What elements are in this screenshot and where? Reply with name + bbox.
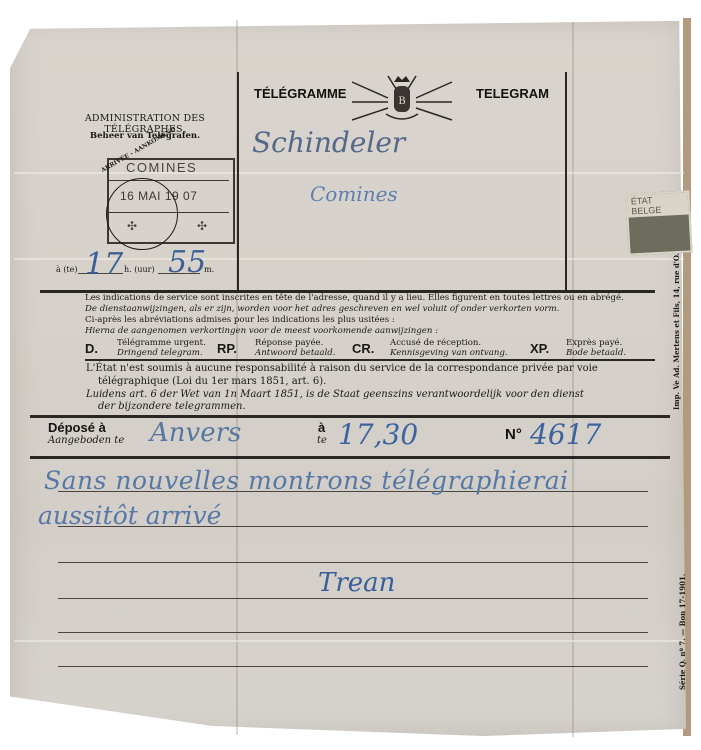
arrival-h-label: h. (uur) [124,265,155,274]
abbrev-d: D. Télégramme urgent. Dringend telegram. [85,338,98,357]
header-divider-right [565,72,567,290]
abbrev-nl: Bode betaald. [566,348,626,359]
deposit-label-fr: Déposé à [48,420,106,435]
printer-imprint: Imp. Ve Ad. Mertens et Fils, 14, rue d'O… [672,253,681,410]
fold-crease [14,640,684,642]
header-divider-left [237,72,239,290]
royal-crest-icon: B [350,74,454,124]
abbrev-nl: Kennisgeving van ontvang. [390,348,508,359]
arrival-hour-label: à (te) [56,265,78,274]
deposit-label-nl: Aangeboden te [48,435,124,446]
message-line-2: aussitôt arrivé [38,501,221,530]
deposit-place: Anvers [150,418,241,448]
deposit-at-fr: à [318,420,325,435]
rule-liability-top [85,359,655,361]
deposit-number: 4617 [530,418,601,451]
service-line-nl: De dienstaanwijzingen, als er zijn, word… [85,304,665,315]
abbrev-code: CR. [352,341,374,356]
deposit-number-label: N° [505,426,522,443]
deposit-at-nl: te [317,435,327,446]
recipient-name: Schindeler [252,126,405,159]
abbrev-nl: Antwoord betaald. [255,348,336,359]
message-rule [58,632,648,633]
liability-fr-2: télégraphique (Loi du 1er mars 1851, art… [98,376,326,387]
abbreviation-list: D. Télégramme urgent. Dringend telegram.… [85,338,665,360]
rule-deposit-bottom [30,456,670,459]
abbrev-intro-nl: Hierna de aangenomen verkortingen voor d… [85,326,665,337]
arrival-circle-stamp [106,178,178,250]
message-signature: Trean [318,568,395,598]
stamp-star-icon: ✣ [197,219,207,233]
series-imprint: Série Q. nº 7. — Bon 17-1901. [678,574,687,690]
arrival-hour: 17 [85,247,123,282]
abbrev-cr: CR. Accusé de réception. Kennisgeving va… [352,338,374,357]
postage-stamp-text: ÉTAT BELGE [628,192,689,217]
abbrev-code: RP. [217,341,237,356]
recipient-place: Comines [310,182,398,206]
svg-text:B: B [398,96,405,107]
liability-fr-1: L'État n'est soumis à aucune responsabil… [86,363,598,374]
postage-stamp: ÉTAT BELGE [625,190,692,255]
abbrev-rp: RP. Réponse payée. Antwoord betaald. [217,338,237,357]
liability-nl-1: Luidens art. 6 der Wet van 1n Maart 1851… [86,389,584,400]
abbrev-xp: XP. Exprès payé. Bode betaald. [530,338,549,357]
message-rule [58,562,648,563]
admin-title-nl: Beheer van Telegrafen. [55,131,235,141]
title-fr: TÉLÉGRAMME [254,86,346,101]
abbrev-code: D. [85,341,98,356]
abbrev-code: XP. [530,341,549,356]
abbrev-intro-fr: Ci-après les abréviations admises pour l… [85,315,665,326]
message-rule [58,666,648,667]
arrival-m-label: m. [204,265,214,274]
arrival-minutes: 55 [168,245,206,280]
message-rule [58,598,648,599]
title-nl: TELEGRAM [476,86,549,101]
fold-crease [572,22,574,737]
liability-nl-2: der bijzondere telegrammen. [98,401,246,412]
service-line-fr: Les indications de service sont inscrite… [85,293,665,304]
message-line-1: Sans nouvelles montrons télégraphierai [44,466,569,495]
deposit-time: 17,30 [338,418,418,451]
abbrev-nl: Dringend telegram. [117,348,203,359]
stamp-office: COMINES [126,160,197,175]
